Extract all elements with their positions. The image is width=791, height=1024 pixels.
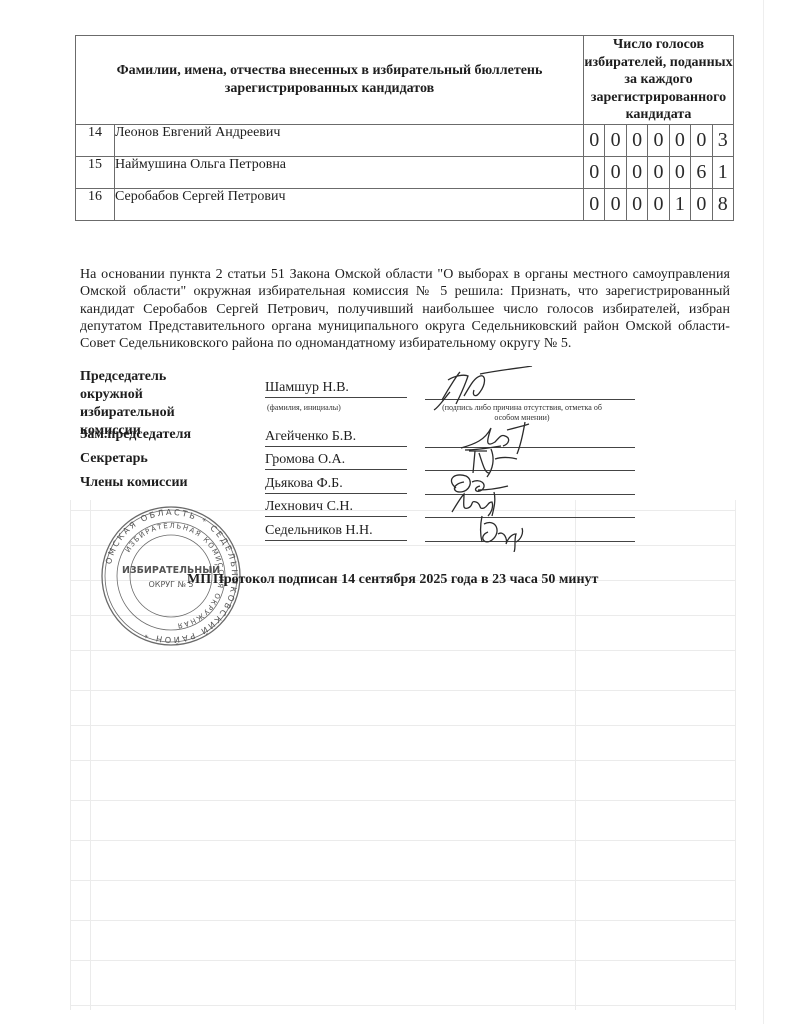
vote-digit: 1 — [669, 188, 690, 220]
caption-surname-initials: (фамилия, инициалы) — [267, 403, 341, 412]
deputy-name: Агейченко Б.В. — [265, 429, 407, 447]
vote-digit: 0 — [626, 188, 647, 220]
stamp-place-label: МП — [187, 572, 211, 588]
vote-digit: 1 — [712, 156, 733, 188]
member-signature-line — [425, 541, 635, 542]
page-edge — [763, 0, 764, 1024]
vote-digit: 0 — [584, 124, 605, 156]
table-row: 16 Серобабов Сергей Петрович 0 0 0 0 1 0… — [76, 188, 734, 220]
protocol-signed-statement: Протокол подписан 14 сентября 2025 года … — [213, 572, 598, 588]
candidate-name: Леонов Евгений Андреевич — [115, 124, 584, 156]
deputy-role-label: Зам.председателя — [80, 426, 191, 444]
candidate-number: 14 — [76, 124, 115, 156]
vote-digit: 0 — [691, 124, 712, 156]
vote-digit: 0 — [584, 188, 605, 220]
secretary-role-label: Секретарь — [80, 450, 148, 468]
vote-digit: 0 — [648, 188, 669, 220]
vote-digit: 6 — [691, 156, 712, 188]
results-table: Фамилии, имена, отчества внесенных в изб… — [75, 35, 734, 221]
member-name: Дьякова Ф.Б. — [265, 476, 407, 494]
vote-digit: 3 — [712, 124, 733, 156]
vote-digit: 0 — [626, 124, 647, 156]
vote-digit: 0 — [648, 156, 669, 188]
header-vote-count: Число голосов избирателей, поданных за к… — [584, 36, 734, 125]
candidate-name: Серобабов Сергей Петрович — [115, 188, 584, 220]
header-candidate-names: Фамилии, имена, отчества внесенных в изб… — [76, 36, 584, 125]
chair-signature — [420, 366, 540, 416]
vote-digit: 0 — [605, 188, 626, 220]
vote-digit: 0 — [605, 156, 626, 188]
table-row: 15 Наймушина Ольга Петровна 0 0 0 0 0 6 … — [76, 156, 734, 188]
members-role-label: Члены комиссии — [80, 474, 188, 492]
vote-digit: 0 — [669, 156, 690, 188]
member-name: Седельников Н.Н. — [265, 523, 407, 541]
table-row: 14 Леонов Евгений Андреевич 0 0 0 0 0 0 … — [76, 124, 734, 156]
vote-digit: 0 — [669, 124, 690, 156]
commission-decision-text: На основании пункта 2 статьи 51 Закона О… — [80, 266, 730, 352]
vote-digit: 0 — [626, 156, 647, 188]
vote-digit: 8 — [712, 188, 733, 220]
vote-digit: 0 — [648, 124, 669, 156]
chair-name: Шамшур Н.В. — [265, 380, 407, 398]
candidate-name: Наймушина Ольга Петровна — [115, 156, 584, 188]
candidate-number: 15 — [76, 156, 115, 188]
vote-digit: 0 — [584, 156, 605, 188]
vote-digit: 0 — [605, 124, 626, 156]
candidate-number: 16 — [76, 188, 115, 220]
secretary-name: Громова О.А. — [265, 452, 407, 470]
table-header-row: Фамилии, имена, отчества внесенных в изб… — [76, 36, 734, 125]
member-name: Лехнович С.Н. — [265, 499, 407, 517]
member-signature — [470, 512, 530, 552]
vote-digit: 0 — [691, 188, 712, 220]
